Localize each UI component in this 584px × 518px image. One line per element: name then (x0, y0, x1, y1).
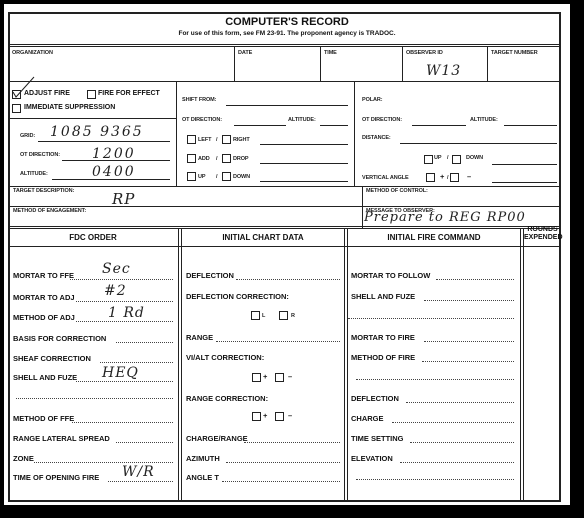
rounds-expended-header: ROUNDS EXPENDED (524, 226, 561, 242)
polar-altitude-label: ALTITUDE: (470, 117, 498, 123)
minus-sign: – (467, 172, 471, 181)
deflection-field[interactable] (236, 279, 340, 280)
shift-ot-direction-label: OT DIRECTION: (182, 117, 222, 123)
fire-for-effect-label: FIRE FOR EFFECT (98, 90, 160, 97)
date-label: DATE (238, 50, 252, 56)
time-field[interactable] (324, 58, 400, 82)
fdc-row-label: MORTAR TO FFE (13, 271, 74, 280)
up-label: UP (198, 174, 205, 180)
range-label: RANGE (186, 333, 213, 342)
initial-fire-command-header: INITIAL FIRE COMMAND (348, 233, 520, 242)
slash: / (447, 155, 448, 161)
grid-altitude-label: ALTITUDE: (20, 171, 48, 177)
vertical-angle-minus-checkbox[interactable] (450, 173, 459, 182)
fdc-row-label: METHOD OF FFE (13, 414, 74, 423)
grid-ot-direction-value[interactable]: 1200 (92, 146, 136, 162)
shift-from-label: SHIFT FROM: (182, 97, 216, 103)
vertical-angle-plus-checkbox[interactable] (426, 173, 435, 182)
ifc-row-label: CHARGE (351, 414, 384, 423)
organization-label: ORGANIZATION (12, 50, 53, 56)
drop-checkbox[interactable] (222, 154, 231, 163)
minus-sign: – (288, 411, 292, 420)
ifc-blank-row[interactable] (356, 379, 514, 380)
shift-altitude-label: ALTITUDE: (288, 117, 316, 123)
distance-field[interactable] (400, 143, 557, 144)
fdc-order-header: FDC ORDER (8, 233, 178, 242)
time-setting-field[interactable] (410, 442, 514, 443)
right-label: RIGHT (233, 137, 250, 143)
fdc-blank-row[interactable] (16, 398, 173, 399)
method-of-fire-field[interactable] (422, 361, 514, 362)
add-checkbox[interactable] (187, 154, 196, 163)
date-field[interactable] (238, 58, 318, 82)
ifc-deflection-field[interactable] (406, 402, 514, 403)
left-label: LEFT (198, 137, 211, 143)
polar-altitude-field[interactable] (504, 125, 557, 126)
method-of-adj-value[interactable]: 1 Rd (108, 305, 145, 321)
shift-altitude-field[interactable] (320, 125, 348, 126)
mortar-to-ffe-value[interactable]: Sec (102, 261, 131, 277)
charge-range-field[interactable] (244, 442, 340, 443)
charge-field[interactable] (392, 422, 514, 423)
organization-field[interactable] (12, 58, 232, 82)
method-of-engagement-field[interactable] (13, 214, 353, 226)
form-frame (8, 12, 561, 502)
down-checkbox[interactable] (222, 172, 231, 181)
fdc-row-label: SHELL AND FUZE (13, 373, 77, 382)
shift-ot-direction-field[interactable] (234, 125, 286, 126)
polar-down-label: DOWN (466, 155, 483, 161)
plus-sign: + (263, 411, 267, 420)
up-checkbox[interactable] (187, 172, 196, 181)
elevation-field[interactable] (400, 462, 514, 463)
fdc-row-label: RANGE LATERAL SPREAD (13, 434, 110, 443)
target-number-field[interactable] (491, 58, 557, 82)
mortar-to-fire-field[interactable] (424, 341, 514, 342)
valt-plus-checkbox[interactable] (252, 373, 261, 382)
target-number-label: TARGET NUMBER (491, 50, 538, 56)
slash: / (216, 137, 217, 143)
ifc-row-label: METHOD OF FIRE (351, 353, 415, 362)
ifc-row-label: SHELL AND FUZE (351, 292, 415, 301)
polar-up-down-field[interactable] (492, 164, 557, 165)
time-of-opening-fire-value[interactable]: W/R (122, 464, 155, 480)
deflection-r-checkbox[interactable] (279, 311, 288, 320)
mortar-to-follow-field[interactable] (436, 279, 514, 280)
ifc-blank-row[interactable] (348, 318, 514, 319)
valt-correction-label: VI/ALT CORRECTION: (186, 353, 264, 362)
deflection-label: DEFLECTION (186, 271, 234, 280)
method-of-control-field[interactable] (366, 194, 556, 204)
polar-label: POLAR: (362, 97, 382, 103)
plus-sign: + (440, 172, 444, 181)
fdc-row-label: SHEAF CORRECTION (13, 354, 91, 363)
up-down-field[interactable] (260, 181, 348, 182)
ifc-row-label: DEFLECTION (351, 394, 399, 403)
ifc-shell-and-fuze-field[interactable] (424, 300, 514, 301)
distance-label: DISTANCE: (362, 135, 391, 141)
drop-label: DROP (233, 156, 249, 162)
slash: / (447, 175, 448, 181)
deflection-l-checkbox[interactable] (251, 311, 260, 320)
charge-range-label: CHARGE/RANGE (186, 434, 248, 443)
mortar-to-adj-value[interactable]: #2 (104, 283, 127, 299)
slash: / (216, 174, 217, 180)
grid-altitude-value[interactable]: 0400 (92, 164, 136, 180)
fdc-row-label: MORTAR TO ADJ (13, 293, 75, 302)
left-checkbox[interactable] (187, 135, 196, 144)
down-label: DOWN (233, 174, 250, 180)
ifc-blank-row[interactable] (356, 479, 514, 480)
right-checkbox[interactable] (222, 135, 231, 144)
fdc-row-label: BASIS FOR CORRECTION (13, 334, 106, 343)
shift-from-field[interactable] (226, 105, 348, 106)
fdc-row-label: METHOD OF ADJ (13, 313, 75, 322)
observer-id-label: OBSERVER ID (406, 50, 443, 56)
polar-ot-direction-label: OT DIRECTION: (362, 117, 402, 123)
polar-down-checkbox[interactable] (452, 155, 461, 164)
target-description-label: TARGET DESCRIPTION: (13, 188, 74, 194)
plus-sign: + (263, 372, 267, 381)
observer-id-value[interactable]: W13 (426, 63, 461, 79)
valt-minus-checkbox[interactable] (275, 373, 284, 382)
angle-t-label: ANGLE T (186, 473, 219, 482)
range-minus-checkbox[interactable] (275, 412, 284, 421)
initial-chart-data-header: INITIAL CHART DATA (182, 233, 344, 242)
vertical-angle-field[interactable] (492, 182, 557, 183)
range-plus-checkbox[interactable] (252, 412, 261, 421)
range-field[interactable] (216, 341, 340, 342)
minus-sign: – (288, 372, 292, 381)
ifc-row-label: MORTAR TO FIRE (351, 333, 415, 342)
ifc-row-label: TIME SETTING (351, 434, 404, 443)
adjust-fire-label: ADJUST FIRE (24, 90, 70, 97)
ifc-row-label: ELEVATION (351, 454, 393, 463)
fdc-row-label: TIME OF OPENING FIRE (13, 473, 99, 482)
r-label: R (291, 313, 295, 319)
rounds-expended-field[interactable] (525, 247, 559, 500)
left-right-field[interactable] (260, 144, 348, 145)
range-correction-label: RANGE CORRECTION: (186, 394, 268, 403)
slash: / (216, 156, 217, 162)
immediate-suppression-label: IMMEDIATE SUPPRESSION (24, 104, 115, 111)
deflection-correction-label: DEFLECTION CORRECTION: (186, 292, 289, 301)
polar-ot-direction-field[interactable] (412, 125, 466, 126)
add-drop-field[interactable] (260, 163, 348, 164)
grid-value[interactable]: 1085 9365 (50, 124, 144, 140)
add-label: ADD (198, 156, 210, 162)
time-label: TIME (324, 50, 337, 56)
fdc-row-label: ZONE (13, 454, 34, 463)
computers-record-form: COMPUTER'S RECORD For use of this form, … (4, 4, 570, 505)
l-label: L (262, 313, 265, 319)
polar-up-label: UP (434, 155, 441, 161)
grid-label: GRID: (20, 133, 35, 139)
ifc-row-label: MORTAR TO FOLLOW (351, 271, 430, 280)
azimuth-label: AZIMUTH (186, 454, 220, 463)
shell-and-fuze-value[interactable]: HEQ (102, 365, 139, 381)
angle-t-field[interactable] (222, 481, 340, 482)
message-to-observer-value[interactable]: Prepare to REG RP00 (364, 210, 526, 225)
vertical-angle-label: VERTICAL ANGLE (362, 175, 409, 181)
grid-ot-direction-label: OT DIRECTION: (20, 152, 60, 158)
polar-up-checkbox[interactable] (424, 155, 433, 164)
immediate-suppression-checkbox[interactable] (12, 104, 21, 113)
fire-for-effect-checkbox[interactable] (87, 90, 96, 99)
azimuth-field[interactable] (226, 462, 340, 463)
